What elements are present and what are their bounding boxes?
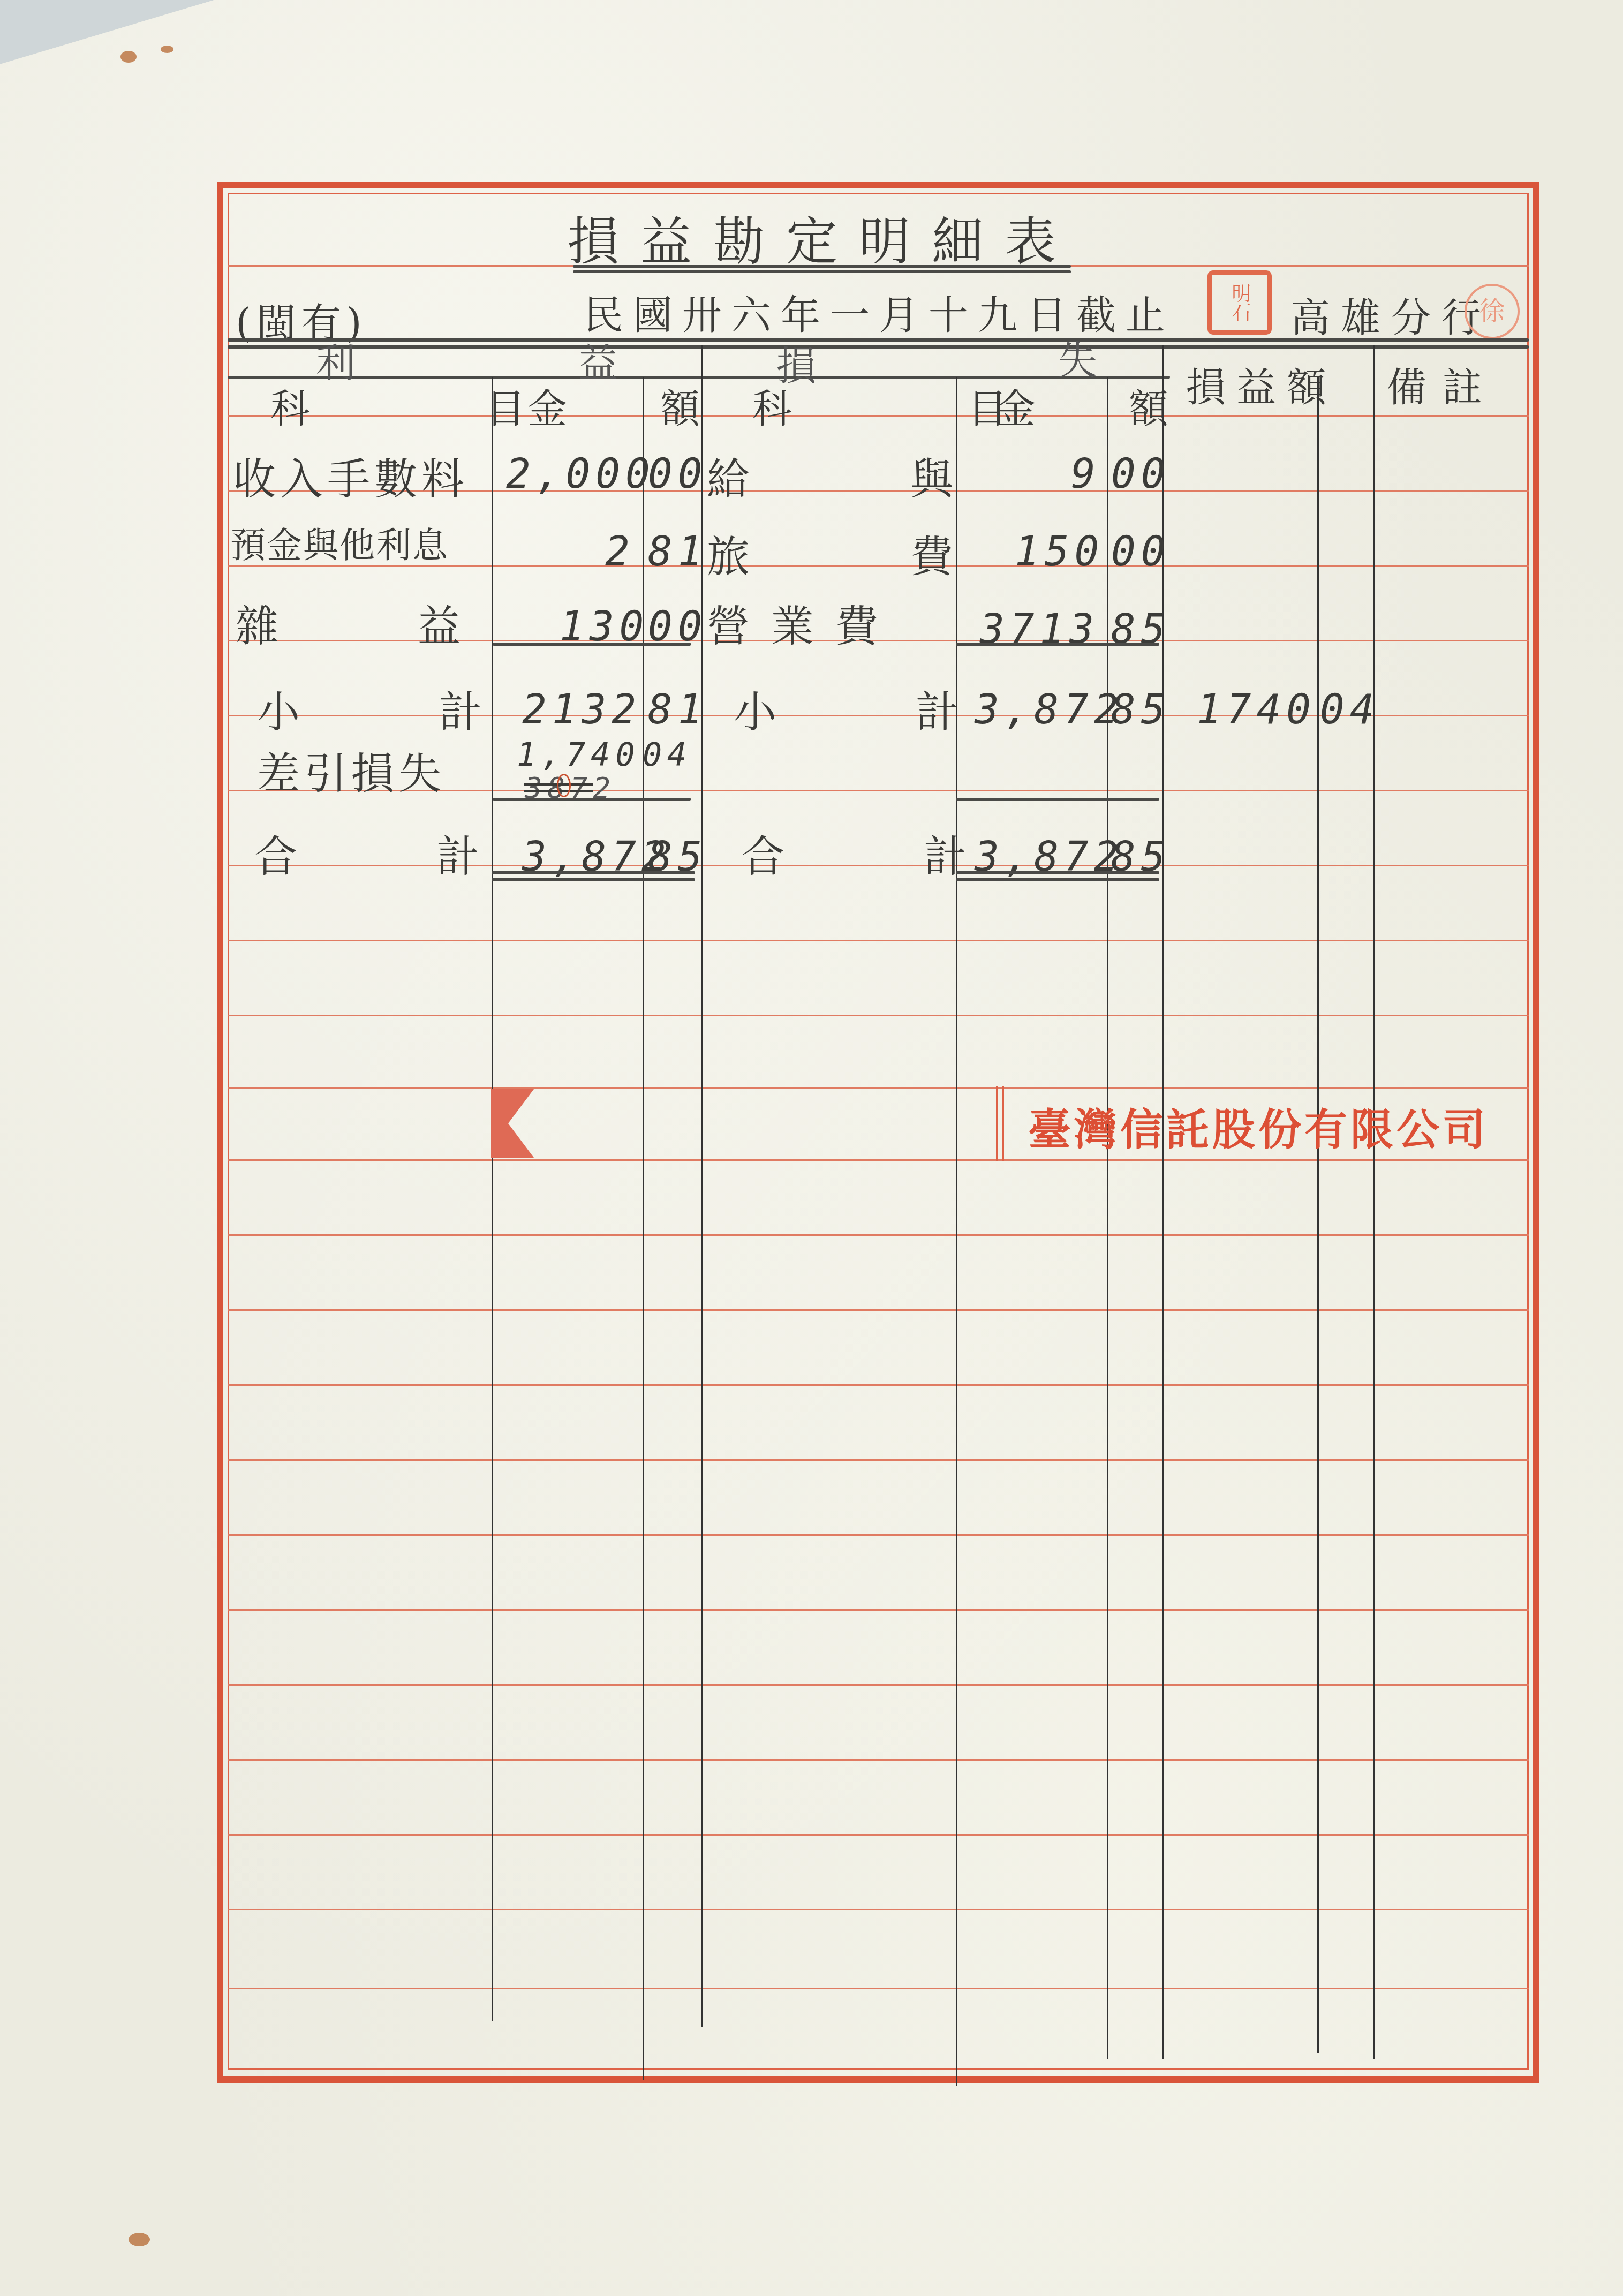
loss-item: 小 計 bbox=[734, 677, 1007, 739]
profit-amount-yuan: 2132 bbox=[522, 685, 641, 733]
ruled-line bbox=[228, 1684, 1529, 1686]
form-title: 損益勘定明細表 bbox=[568, 201, 1077, 274]
title-underline bbox=[573, 265, 1071, 268]
loss-amount-yuan: 3,872 bbox=[975, 685, 1124, 733]
column-divider bbox=[701, 345, 703, 2027]
double-underline bbox=[956, 878, 1159, 881]
col-header-profit-item: 科 目 bbox=[270, 377, 557, 434]
ruled-line bbox=[228, 1384, 1529, 1386]
column-divider bbox=[956, 377, 957, 2086]
profit-item: 合 計 bbox=[254, 822, 527, 883]
loss-amount-yuan: 9 bbox=[1071, 450, 1101, 497]
profit-amount-cents: 81 bbox=[648, 685, 708, 733]
profit-item: 雜 益 bbox=[236, 592, 509, 653]
ruled-line bbox=[228, 1234, 1529, 1236]
ruled-line bbox=[228, 1759, 1529, 1761]
profit-amount-cents: 00 bbox=[648, 450, 708, 497]
loss-item: 營業費 bbox=[707, 592, 900, 653]
ruled-line bbox=[228, 1609, 1529, 1611]
ruled-line bbox=[228, 1309, 1529, 1311]
subtotal-underline bbox=[493, 643, 691, 646]
loss-item: 給 與 bbox=[707, 444, 1012, 506]
net-amount-cents: 04 bbox=[1320, 685, 1380, 733]
rust-stain bbox=[129, 2233, 150, 2246]
total-line bbox=[956, 798, 1159, 801]
profit-amount-yuan: 2,000 bbox=[506, 450, 655, 497]
column-divider bbox=[1107, 377, 1108, 2059]
company-imprint: 臺灣信託股份有限公司 bbox=[1028, 1095, 1489, 1157]
double-underline bbox=[956, 871, 1159, 874]
profit-amount-cents: 04 bbox=[643, 736, 692, 774]
ruled-line bbox=[228, 1834, 1529, 1836]
profit-amount-cents: 81 bbox=[648, 527, 708, 575]
round-seal: 徐 bbox=[1465, 284, 1520, 339]
rust-stain bbox=[120, 51, 137, 63]
loss-amount-cents: 00 bbox=[1111, 527, 1171, 575]
title-underline bbox=[573, 270, 1071, 273]
column-divider bbox=[1373, 345, 1375, 2059]
profit-item: 小 計 bbox=[257, 677, 530, 739]
column-divider bbox=[1162, 345, 1164, 2059]
profit-amount-yuan: 2 bbox=[605, 527, 635, 575]
profit-item: 差引損失 bbox=[257, 739, 446, 800]
column-divider bbox=[1317, 377, 1319, 2053]
col-header-profit-amount: 金 額 bbox=[527, 377, 727, 434]
profit-item: 收入手數料 bbox=[233, 444, 469, 506]
col-header-net: 損益額 bbox=[1186, 356, 1337, 413]
col-header-remarks: 備註 bbox=[1387, 356, 1498, 413]
ruled-line bbox=[228, 1015, 1529, 1016]
ruled-line bbox=[228, 1534, 1529, 1536]
ruled-line bbox=[228, 940, 1529, 941]
loss-amount-cents: 85 bbox=[1111, 685, 1171, 733]
col-header-loss-amount: 金 額 bbox=[996, 377, 1195, 434]
header-rule bbox=[228, 338, 1529, 342]
profit-amount-yuan: 1,740 bbox=[517, 736, 640, 774]
loss-amount-yuan: 150 bbox=[1015, 527, 1104, 575]
correction-mark bbox=[557, 774, 571, 797]
double-underline bbox=[492, 871, 695, 874]
rust-stain bbox=[161, 46, 173, 53]
branch-name: 高雄分行 bbox=[1290, 286, 1492, 343]
total-line bbox=[493, 798, 691, 801]
net-amount-yuan: 1740 bbox=[1197, 685, 1316, 733]
subtotal-underline bbox=[956, 643, 1159, 646]
double-underline bbox=[492, 878, 695, 881]
square-seal: 明石 bbox=[1207, 270, 1272, 335]
loss-item: 旅 費 bbox=[707, 522, 1012, 584]
profit-item: 預金與他利息 bbox=[230, 517, 449, 568]
ruled-line bbox=[228, 1988, 1529, 1989]
ruled-line bbox=[228, 1909, 1529, 1910]
loss-amount-cents: 00 bbox=[1111, 450, 1171, 497]
header-rule bbox=[228, 345, 1529, 349]
ruled-line bbox=[228, 1459, 1529, 1461]
